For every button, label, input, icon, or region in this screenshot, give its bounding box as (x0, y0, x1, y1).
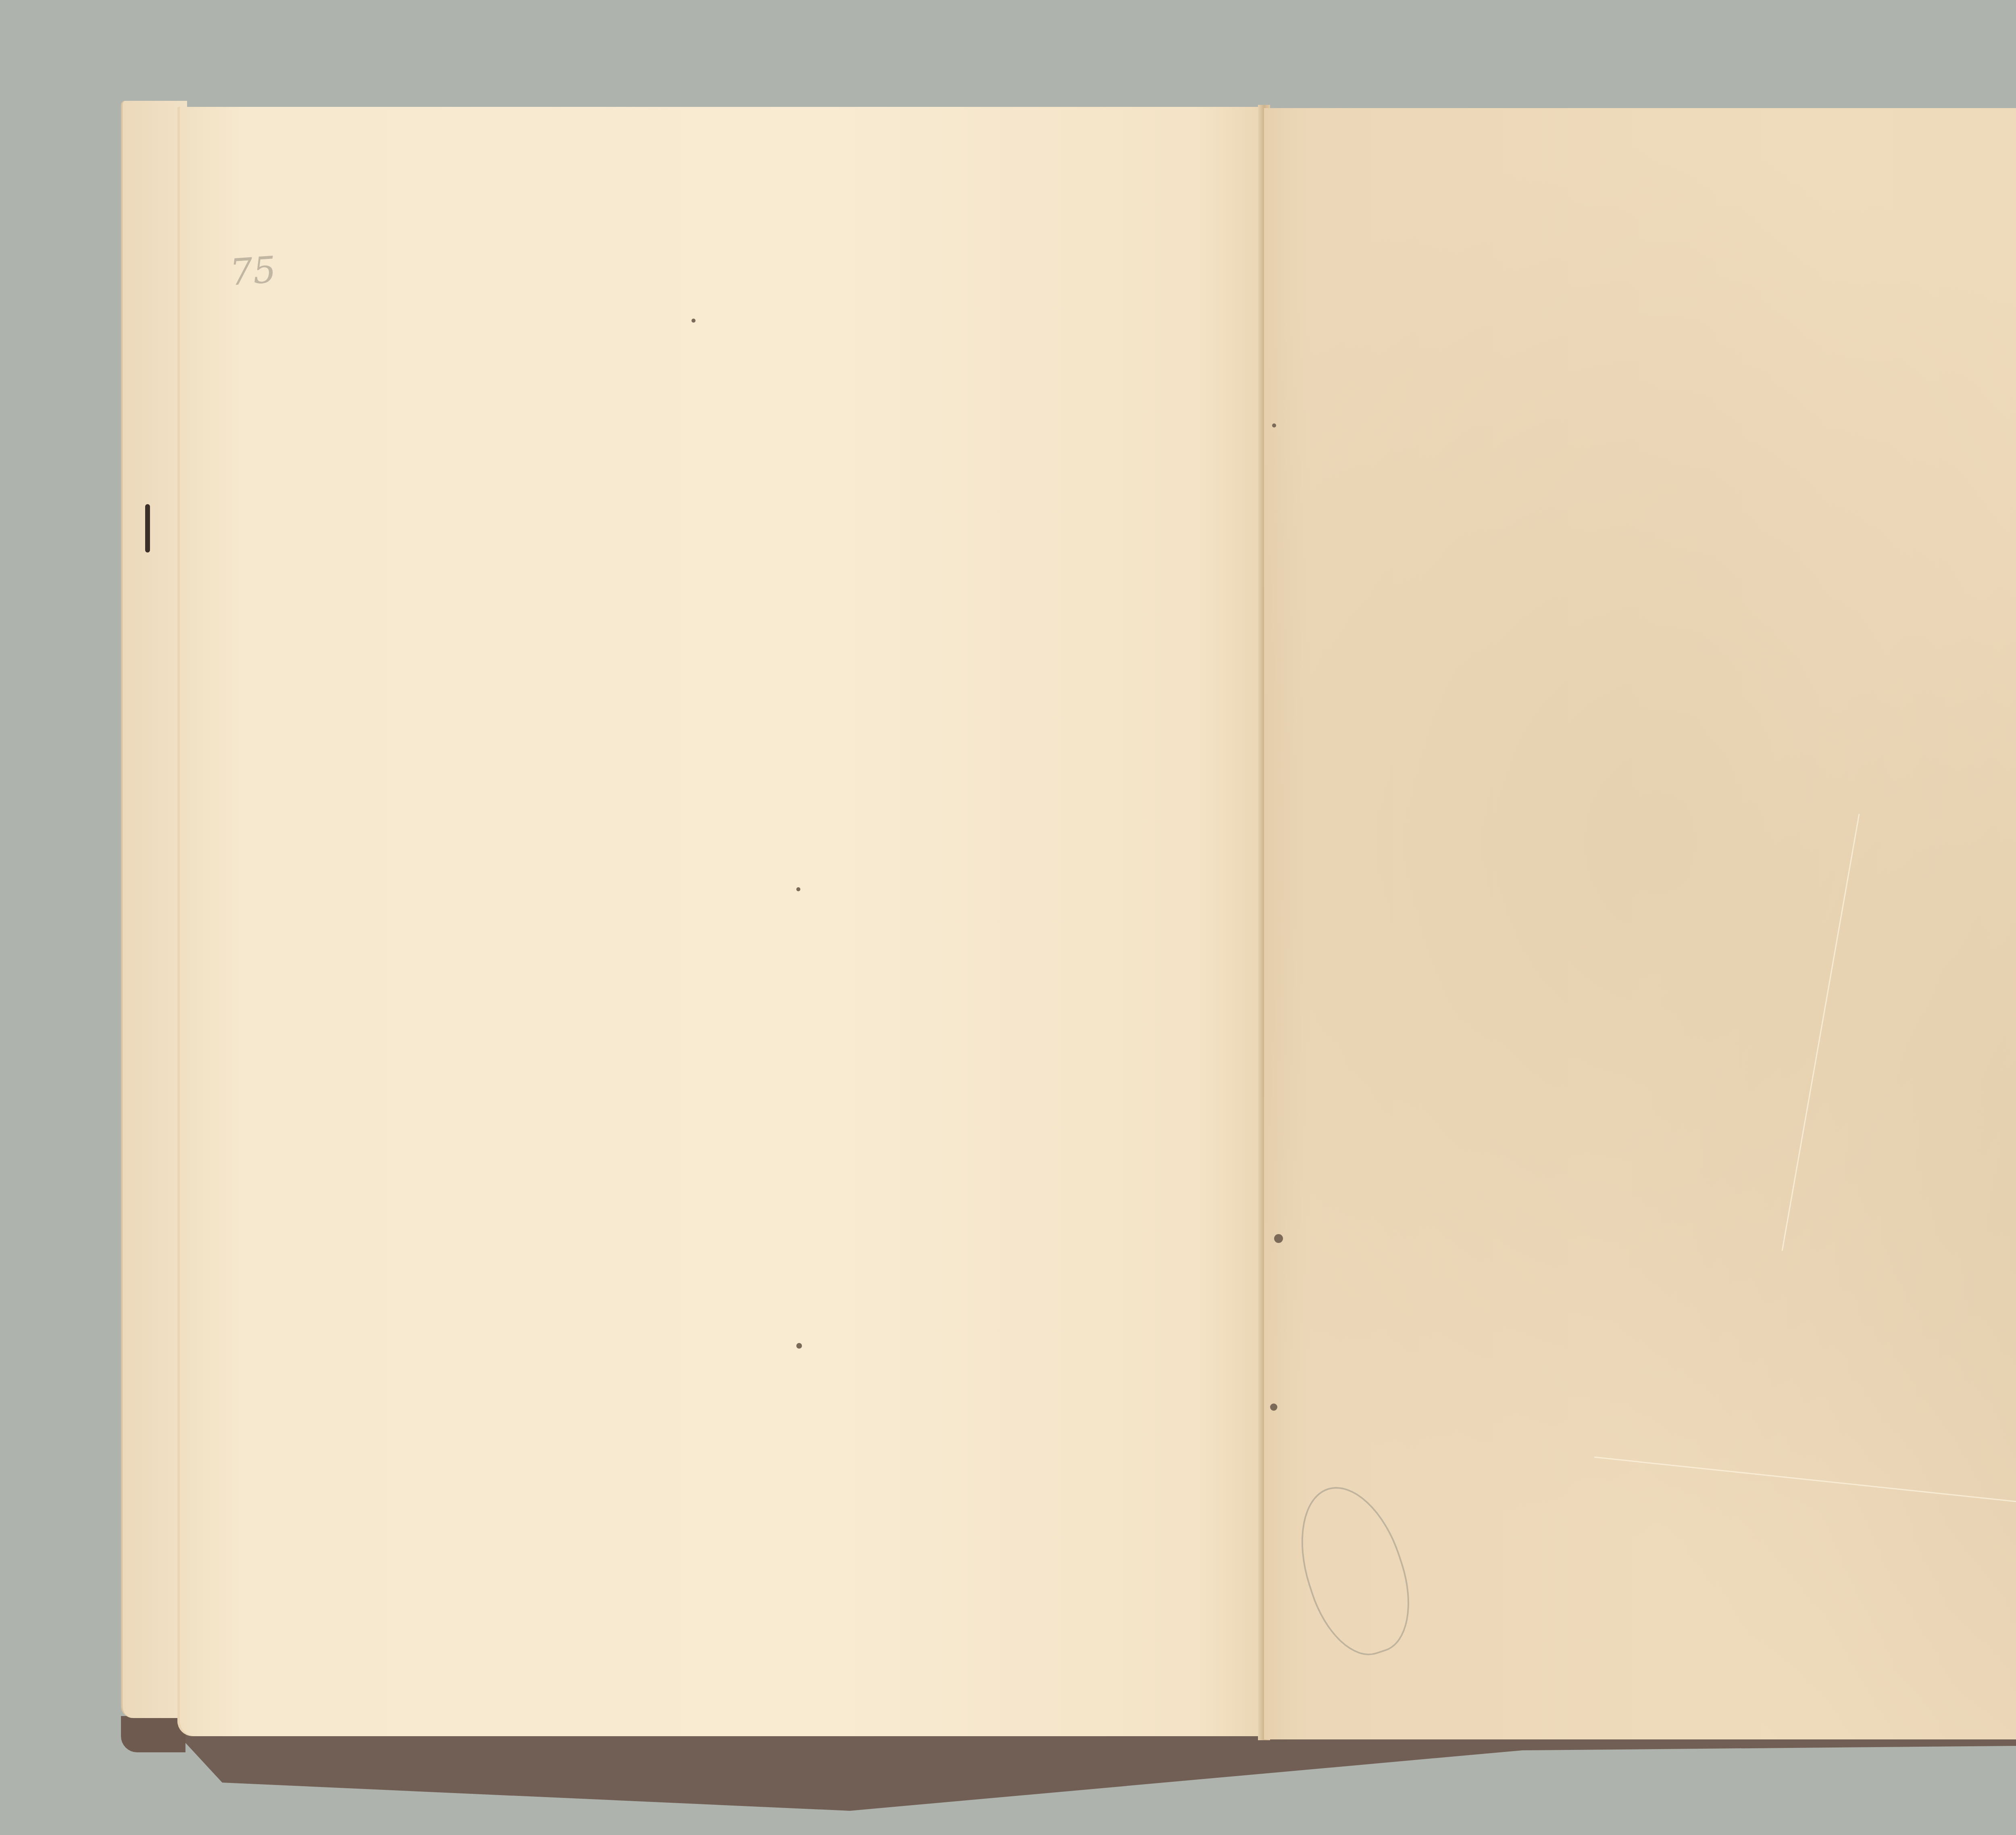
paper-speck (796, 1343, 802, 1349)
book-shadow (177, 1734, 2016, 1815)
paper-speck (1274, 1234, 1283, 1243)
right-page (1264, 108, 2016, 1739)
book-shadow-left (121, 1716, 185, 1752)
pencil-page-note: 75 (228, 248, 277, 294)
binding-mark (145, 504, 150, 553)
paper-speck (691, 319, 696, 323)
book-photo: 75 (0, 0, 2016, 1835)
left-page (177, 107, 1264, 1736)
paper-speck (1272, 423, 1276, 427)
paper-speck (796, 887, 800, 891)
paper-speck (1270, 1403, 1277, 1411)
